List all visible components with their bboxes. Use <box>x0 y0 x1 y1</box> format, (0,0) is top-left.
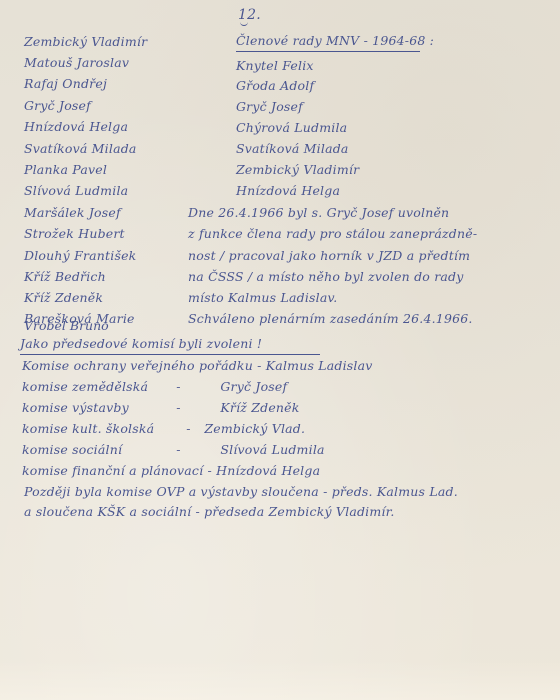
note-line: z funkce člena rady pro stálou zaneprázd… <box>188 228 477 241</box>
commission-row: komise kult. školská - Zembický Vlad. <box>22 423 305 436</box>
commission-name: komise zemědělská <box>22 381 172 394</box>
list-item: Strožek Hubert <box>24 228 125 241</box>
separator: - <box>186 423 200 436</box>
commission-name: komise kult. školská <box>22 423 182 436</box>
list-item: Chýrová Ludmila <box>236 122 347 135</box>
list-item: Hnízdová Helga <box>236 185 340 198</box>
commission-name: komise výstavby <box>22 402 172 415</box>
note-line: místo Kalmus Ladislav. <box>188 292 337 305</box>
closing-line: Později byla komise OVP a výstavby slouč… <box>24 486 458 499</box>
commission-row: komise výstavby - Kříž Zdeněk <box>22 402 300 415</box>
commission-name: komise sociální <box>22 444 172 457</box>
commission-chair: Kalmus Ladislav <box>266 358 373 373</box>
list-item: Slívová Ludmila <box>24 185 128 198</box>
paper-fold <box>0 660 560 700</box>
commission-row: komise finanční a plánovací - Hnízdová H… <box>22 465 320 478</box>
list-item: Gřoda Adolf <box>236 80 314 93</box>
council-board-heading: Členové rady MNV - 1964-68 : <box>236 35 420 52</box>
list-item: Maršálek Josef <box>24 207 121 220</box>
list-item: Gryč Josef <box>24 100 91 113</box>
handwritten-page: 12. Zembický Vladimír Matouš Jaroslav Ra… <box>0 0 560 700</box>
note-line: Dne 26.4.1966 byl s. Gryč Josef uvolněn <box>188 207 449 220</box>
list-item: Hnízdová Helga <box>24 121 128 134</box>
list-item: Kříž Bedřich <box>24 271 106 284</box>
closing-line: a sloučena KŠK a sociální - předseda Zem… <box>24 506 395 519</box>
separator: - <box>176 381 216 394</box>
commission-chair: Kříž Zdeněk <box>220 400 299 415</box>
page-number: 12. <box>238 8 261 22</box>
separator: - <box>176 444 216 457</box>
commission-chair: Gryč Josef <box>220 379 287 394</box>
commission-row: komise sociální - Slívová Ludmila <box>22 444 325 457</box>
list-item: Zembický Vladimír <box>236 164 359 177</box>
commission-name: komise finanční a plánovací <box>22 463 203 478</box>
list-item: Planka Pavel <box>24 164 107 177</box>
separator: - <box>176 402 216 415</box>
commission-name: Komise ochrany veřejného pořádku <box>22 358 253 373</box>
list-item: Knytel Felix <box>236 60 314 73</box>
list-item: Zembický Vladimír <box>24 36 147 49</box>
list-item: Svatíková Milada <box>236 143 349 156</box>
separator: - <box>208 463 212 478</box>
list-item: Matouš Jaroslav <box>24 57 129 70</box>
note-line: Schváleno plenárním zasedáním 26.4.1966. <box>188 313 473 326</box>
note-line: nost / pracoval jako horník v JZD a před… <box>188 250 470 263</box>
commission-row: komise zemědělská - Gryč Josef <box>22 381 287 394</box>
list-item: Svatíková Milada <box>24 143 137 156</box>
commission-chair: Hnízdová Helga <box>216 463 320 478</box>
commission-row: Komise ochrany veřejného pořádku - Kalmu… <box>22 360 373 373</box>
commissions-heading: Jako předsedové komisí byli zvoleni ! <box>20 338 320 355</box>
commission-chair: Zembický Vlad. <box>204 421 305 436</box>
page-number-underline <box>240 22 248 26</box>
commission-chair: Slívová Ludmila <box>220 442 324 457</box>
separator: - <box>257 358 261 373</box>
list-item: Dlouhý František <box>24 250 136 263</box>
list-item: Vrobel Bruno <box>24 320 109 333</box>
list-item: Gryč Josef <box>236 101 303 114</box>
list-item: Kříž Zdeněk <box>24 292 103 305</box>
note-line: na ČSSS / a místo něho byl zvolen do rad… <box>188 271 463 284</box>
list-item: Rafaj Ondřej <box>24 78 107 91</box>
